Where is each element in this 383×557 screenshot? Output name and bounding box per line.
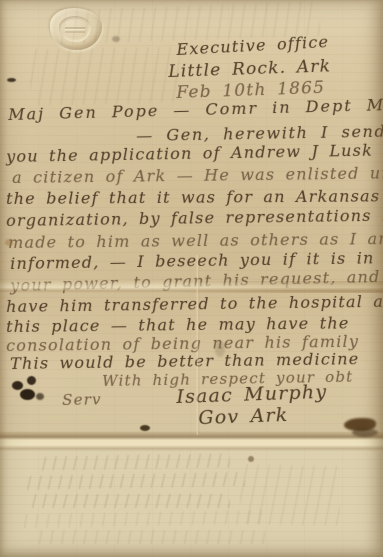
ink-bleedthrough <box>35 530 265 544</box>
closing-word: Serv <box>62 390 102 409</box>
small-speck <box>248 456 254 462</box>
ink-blot <box>36 393 44 400</box>
scanned-letter-page: Executive office Little Rock. Ark Feb 10… <box>0 0 383 557</box>
body-line: organization, by false representations b… <box>6 205 383 230</box>
ink-bleedthrough <box>20 510 270 528</box>
fold-crease-lower <box>0 431 383 451</box>
heading-office-line: Executive office <box>176 32 330 59</box>
body-line: the belief that it was for an Arkansas <box>6 186 380 208</box>
body-line: you the application of Andrew J Lusk <box>6 141 373 166</box>
ink-bleedthrough <box>239 464 340 526</box>
ink-speck <box>7 78 16 82</box>
ink-blot <box>27 376 36 385</box>
ink-bleedthrough <box>30 47 181 106</box>
body-line: a citizen of Ark — He was enlisted under <box>12 163 383 187</box>
signature-title: Gov Ark <box>198 404 289 429</box>
ink-bleedthrough <box>25 472 245 490</box>
addressee-line: Maj Gen Pope — Comr in Dept Mo <box>8 95 383 124</box>
small-smudge <box>112 36 120 42</box>
ink-bleedthrough <box>40 453 230 470</box>
signature-name: Isaac Murphy <box>176 381 328 408</box>
ink-bleedthrough <box>30 494 230 508</box>
ink-speck <box>140 425 150 431</box>
ink-blot <box>20 389 35 400</box>
body-line: have him transferred to the hospital at <box>6 292 383 316</box>
embossed-seal <box>50 8 102 50</box>
ink-blot <box>12 381 23 390</box>
brown-stain <box>352 428 378 437</box>
brown-stain <box>344 418 376 431</box>
